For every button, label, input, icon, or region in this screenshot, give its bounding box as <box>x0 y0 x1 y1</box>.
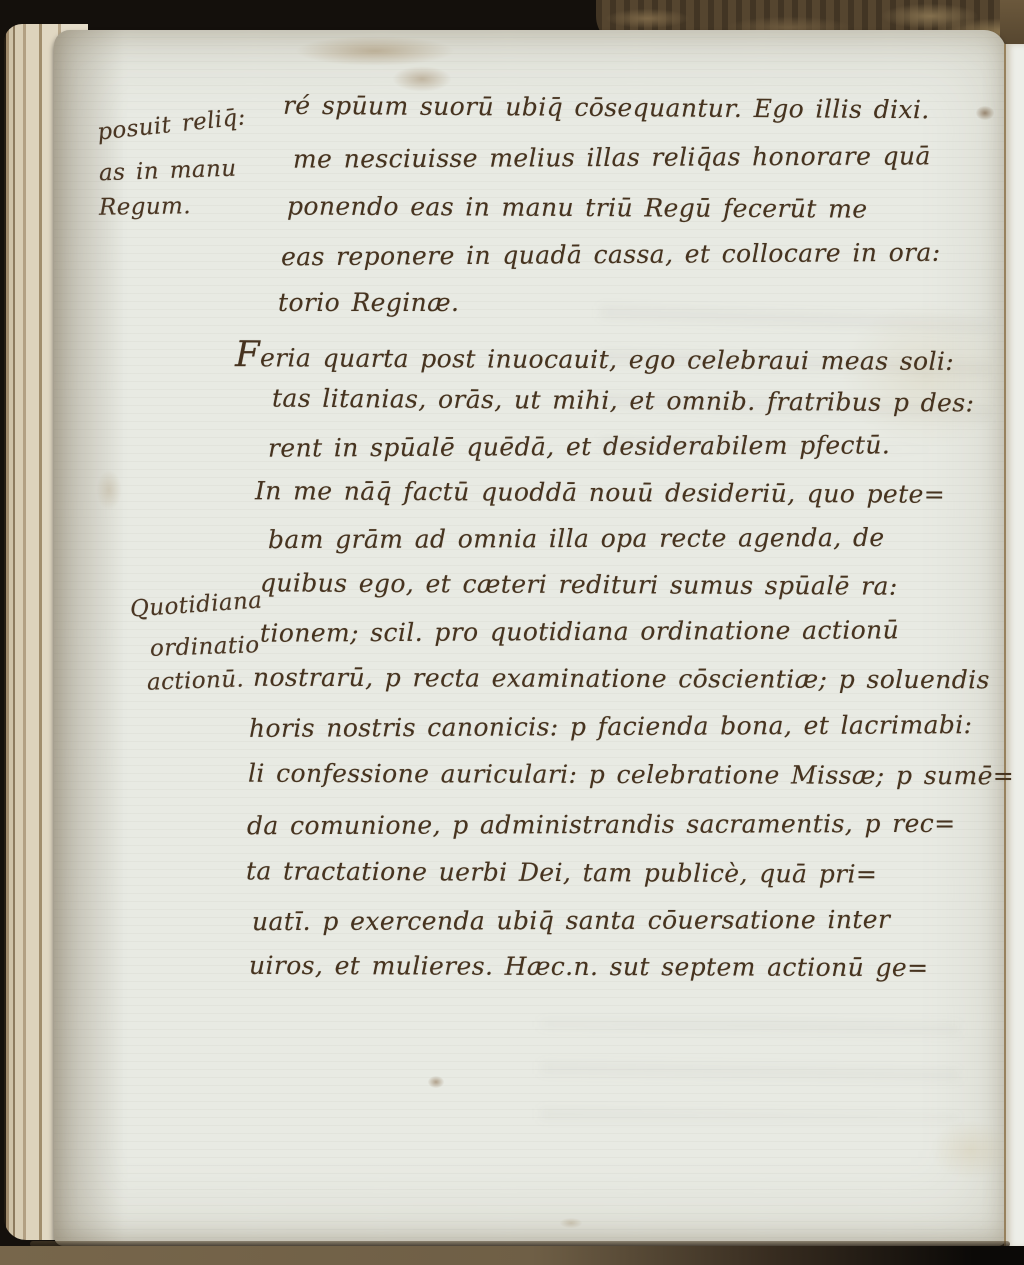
text-line: tionem; scil. pro quotidiana ordinatione… <box>260 615 899 647</box>
text-line: bam grām ad omnia illa opa recte agenda,… <box>268 523 885 554</box>
margin-note-line: Regum. <box>99 193 191 221</box>
text-line: uiros, et mulieres. Hæc.n. sut septem ac… <box>249 951 929 982</box>
stain <box>392 66 452 92</box>
table-edge-strip <box>0 1246 1024 1265</box>
text-line: tas litanias, orās, ut mihi, et omnib. f… <box>272 384 975 418</box>
stain <box>976 106 994 120</box>
text-line: ta tractatione uerbi Dei, tam publicè, q… <box>246 856 877 888</box>
margin-note-line: ordinatio <box>150 632 260 662</box>
text-line: ré spūum suorū ubiq̄ cōsequantur. Ego il… <box>283 91 930 125</box>
margin-note-line: actionū. <box>147 666 245 695</box>
ink-show-through <box>540 1020 960 1120</box>
text-line: da comunione, p administrandis sacrament… <box>247 809 956 840</box>
stain <box>96 470 122 510</box>
text-line: eas reponere in quadā cassa, et collocar… <box>281 238 941 272</box>
text-line: torio Reginæ. <box>278 288 459 317</box>
stain <box>295 36 455 66</box>
text-line: In me nāq̄ factū quoddā nouū desideriū, … <box>255 476 945 509</box>
margin-note-line: as in manu <box>99 156 237 187</box>
text-line: rent in spūalē quēdā, et desiderabilem p… <box>268 430 890 462</box>
manuscript-photo: posuit reliq̄: as in manu Regum. Quotidi… <box>0 0 1024 1265</box>
text-line: uatī. p exercenda ubiq̄ santa cōuersatio… <box>252 905 890 936</box>
stain <box>930 1120 1010 1180</box>
stain <box>560 1218 582 1228</box>
stain <box>428 1076 444 1088</box>
text-line: Feria quarta post inuocauit, ego celebra… <box>235 334 954 379</box>
text-line: quibus ego, et cæteri redituri sumus spū… <box>260 568 898 600</box>
next-page-sliver <box>1004 44 1024 1248</box>
text-line: ponendo eas in manu triū Regū fecerūt me <box>287 191 868 223</box>
text-line: nostrarū, p recta examinatione cōscienti… <box>253 663 990 695</box>
text-line: me nesciuisse melius illas reliq̄as hono… <box>293 141 931 173</box>
text-line: horis nostris canonicis: p facienda bona… <box>249 710 973 743</box>
text-line: li confessione auriculari: p celebration… <box>248 759 1014 791</box>
